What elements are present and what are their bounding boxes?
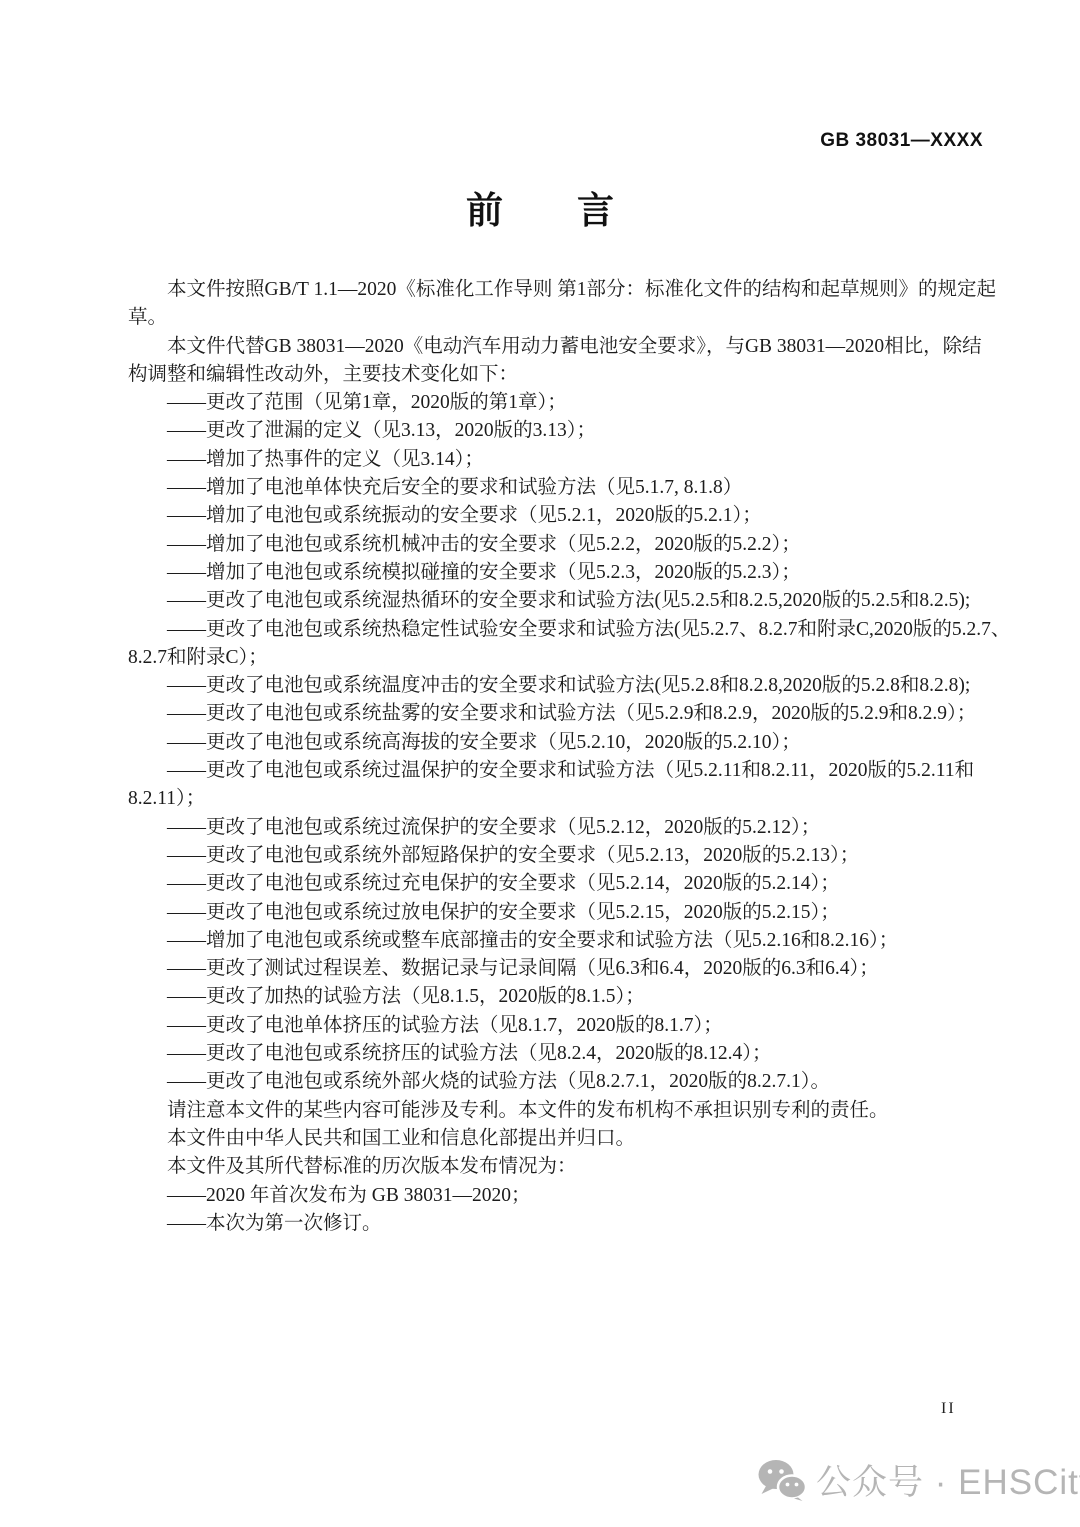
body-line: ——更改了电池包或系统过充电保护的安全要求（见5.2.14，2020版的5.2.… (128, 870, 990, 898)
watermark-text: 公众号 · EHSCity (816, 1455, 1080, 1505)
body-line: 本文件及其所代替标准的历次版本发布情况为： (128, 1153, 990, 1181)
body-line: 8.2.11）； (128, 785, 990, 813)
body-line: ——更改了电池包或系统过温保护的安全要求和试验方法（见5.2.11和8.2.11… (128, 757, 990, 785)
body-line: ——本次为第一次修订。 (128, 1210, 990, 1238)
body-line: ——更改了加热的试验方法（见8.1.5，2020版的8.1.5）； (128, 983, 990, 1011)
body-line: ——增加了电池包或系统振动的安全要求（见5.2.1，2020版的5.2.1）； (128, 502, 990, 530)
body-line: 8.2.7和附录C）； (128, 644, 990, 672)
body-line: ——更改了电池包或系统挤压的试验方法（见8.2.4，2020版的8.12.4）； (128, 1040, 990, 1068)
body-line: 构调整和编辑性改动外，主要技术变化如下： (128, 361, 990, 389)
body-line: ——增加了电池包或系统模拟碰撞的安全要求（见5.2.3，2020版的5.2.3）… (128, 559, 990, 587)
body-line: ——增加了电池单体快充后安全的要求和试验方法（见5.1.7, 8.1.8） (128, 474, 990, 502)
body-line: ——更改了电池包或系统高海拔的安全要求（见5.2.10，2020版的5.2.10… (128, 729, 990, 757)
body-line: ——更改了电池包或系统外部短路保护的安全要求（见5.2.13，2020版的5.2… (128, 842, 990, 870)
body-line: ——2020 年首次发布为 GB 38031—2020； (128, 1182, 990, 1210)
wechat-icon (757, 1459, 807, 1501)
body-line: 本文件代替GB 38031—2020《电动汽车用动力蓄电池安全要求》，与GB 3… (128, 333, 990, 361)
body-line: ——更改了电池包或系统盐雾的安全要求和试验方法（见5.2.9和8.2.9，202… (128, 700, 990, 728)
body-line: ——更改了电池包或系统外部火烧的试验方法（见8.2.7.1，2020版的8.2.… (128, 1068, 990, 1096)
body-line: ——更改了电池包或系统过流保护的安全要求（见5.2.12，2020版的5.2.1… (128, 814, 990, 842)
standard-number: GB 38031—XXXX (820, 130, 983, 152)
page-number: II (941, 1400, 956, 1418)
body-line: ——更改了电池包或系统过放电保护的安全要求（见5.2.15，2020版的5.2.… (128, 899, 990, 927)
foreword-body: 本文件按照GB/T 1.1—2020《标准化工作导则 第1部分：标准化文件的结构… (128, 276, 990, 1238)
body-line: 本文件按照GB/T 1.1—2020《标准化工作导则 第1部分：标准化文件的结构… (128, 276, 990, 304)
foreword-title: 前 言 (0, 180, 1080, 234)
body-line: ——更改了测试过程误差、数据记录与记录间隔（见6.3和6.4，2020版的6.3… (128, 955, 990, 983)
body-line: 草。 (128, 304, 990, 332)
body-line: ——增加了电池包或系统或整车底部撞击的安全要求和试验方法（见5.2.16和8.2… (128, 927, 990, 955)
watermark: 公众号 · EHSCity (757, 1455, 1080, 1505)
body-line: 本文件由中华人民共和国工业和信息化部提出并归口。 (128, 1125, 990, 1153)
body-line: ——更改了电池包或系统湿热循环的安全要求和试验方法(见5.2.5和8.2.5,2… (128, 587, 990, 615)
body-line: ——更改了电池包或系统温度冲击的安全要求和试验方法(见5.2.8和8.2.8,2… (128, 672, 990, 700)
body-line: ——更改了电池包或系统热稳定性试验安全要求和试验方法(见5.2.7、8.2.7和… (128, 616, 990, 644)
body-line: ——更改了电池单体挤压的试验方法（见8.1.7，2020版的8.1.7）； (128, 1012, 990, 1040)
body-line: 请注意本文件的某些内容可能涉及专利。本文件的发布机构不承担识别专利的责任。 (128, 1097, 990, 1125)
body-line: ——更改了范围（见第1章，2020版的第1章）； (128, 389, 990, 417)
body-line: ——增加了电池包或系统机械冲击的安全要求（见5.2.2，2020版的5.2.2）… (128, 531, 990, 559)
document-page: GB 38031—XXXX 前 言 本文件按照GB/T 1.1—2020《标准化… (0, 0, 1080, 1527)
body-line: ——增加了热事件的定义（见3.14）； (128, 446, 990, 474)
body-line: ——更改了泄漏的定义（见3.13，2020版的3.13）； (128, 417, 990, 445)
